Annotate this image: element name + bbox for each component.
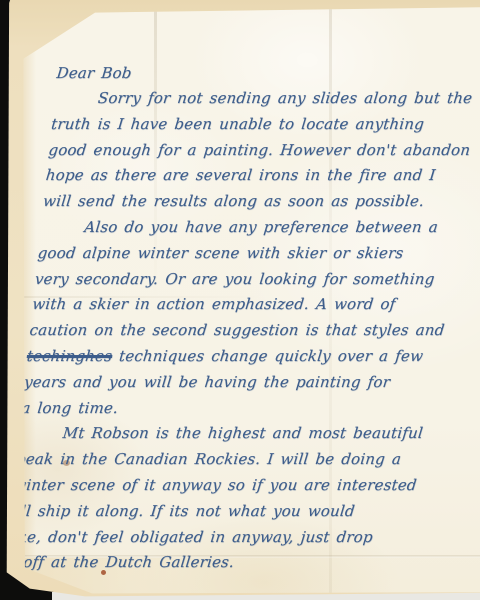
letter-line: Mt Robson is the highest and most beauti… [17,421,422,447]
letter-line: good alpine winter scene with skier or s… [36,241,441,267]
letter-line: Sorry for not sending any slides along b… [53,86,458,112]
strikethrough-word: techinghes [26,347,113,365]
letter-line: like, don't feel obligated in anyway, ju… [6,525,411,551]
letter-line: hope as there are several irons in the f… [44,163,449,189]
letter-body: Dear Bob Sorry for not sending any slide… [4,60,460,576]
letter-line: good enough for a painting. However don'… [47,138,452,164]
letter-line: years and you will be having the paintin… [23,370,428,396]
letter-line: peak in the Canadian Rockies. I will be … [15,447,420,473]
letter-line: with a skier in action emphasized. A wor… [31,292,436,318]
scanned-letter-image: Dear Bob Sorry for not sending any slide… [0,0,480,600]
letter-line-remainder: techniques change quickly over a few [111,347,424,365]
letter-greeting: Dear Bob [55,60,460,86]
letter-line-with-strikethrough: techinghes techniques change quickly ove… [25,344,430,370]
letter-line: caution on the second suggestion is that… [28,318,433,344]
letter-line: I'll ship it along. If its not what you … [9,499,414,525]
letter-paper: Dear Bob Sorry for not sending any slide… [0,0,480,600]
letter-line: a long time. [20,396,425,422]
letter-line: Also do you have any preference between … [39,215,444,241]
letter-line: will send the results along as soon as p… [42,189,447,215]
letter-line: winter scene of it anyway so if you are … [12,473,417,499]
letter-line: it off at the Dutch Galleries. [4,550,409,576]
letter-line: very secondary. Or are you looking for s… [34,267,439,293]
letter-line: truth is I have been unable to locate an… [50,112,455,138]
